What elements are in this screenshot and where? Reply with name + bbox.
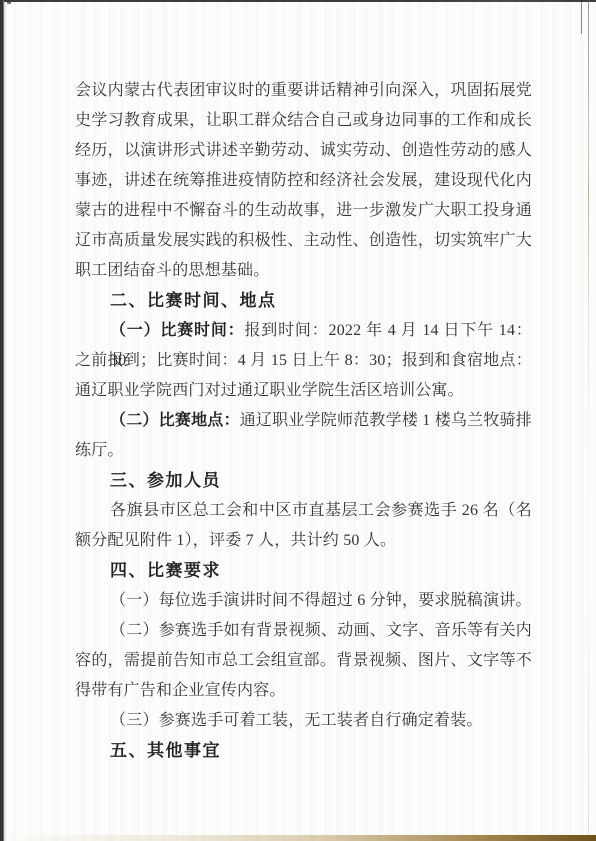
text-segment: 得带有广告和企业宣传内容。 (75, 682, 286, 699)
text-segment: 之前报到；比赛时间：4 月 15 日上午 8：30；报到和食宿地点： (75, 352, 532, 369)
text-line: （二）比赛地点：通辽职业学院师范教学楼 1 楼乌兰牧骑排 (75, 406, 532, 436)
text-line: 得带有广告和企业宣传内容。 (75, 676, 532, 706)
text-segment: 额分配见附件 1），评委 7 人，共计约 50 人。 (75, 532, 396, 549)
scan-speck (7, 1, 11, 4)
text-line: 事迹，讲述在统筹推进疫情防控和经济社会发展，建设现代化内 (75, 166, 532, 196)
text-line: 额分配见附件 1），评委 7 人，共计约 50 人。 (75, 526, 532, 556)
text-segment: 会议内蒙古代表团审议时的重要讲话精神引向深入，巩固拓展党 (75, 82, 532, 99)
section-heading: 三、参加人员 (75, 466, 532, 496)
section-heading: 五、其他事宜 (75, 736, 532, 766)
text-segment: 经历，以演讲形式讲述辛勤劳动、诚实劳动、创造性劳动的感人 (75, 142, 532, 159)
text-segment: 练厅。 (75, 442, 124, 459)
scan-edge-top (0, 0, 596, 2)
text-segment: 通辽职业学院西门对过通辽职业学院生活区培训公寓。 (75, 382, 464, 399)
text-segment: 辽市高质量发展实践的积极性、主动性、创造性，切实筑牢广大 (75, 232, 532, 249)
text-segment: 蒙古的进程中不懈奋斗的生动故事，进一步激发广大职工投身通 (75, 202, 532, 219)
text-segment: （二）参赛选手如有背景视频、动画、文字、音乐等有关内 (110, 622, 532, 639)
section-heading: 四、比赛要求 (75, 556, 532, 586)
text-line: 职工团结奋斗的思想基础。 (75, 256, 532, 286)
text-segment: （三）参赛选手可着工装，无工装者自行确定着装。 (110, 712, 483, 729)
document-page: 会议内蒙古代表团审议时的重要讲话精神引向深入，巩固拓展党史学习教育成果，让职工群… (0, 0, 596, 841)
text-line: 蒙古的进程中不懈奋斗的生动故事，进一步激发广大职工投身通 (75, 196, 532, 226)
text-line: 经历，以演讲形式讲述辛勤劳动、诚实劳动、创造性劳动的感人 (75, 136, 532, 166)
text-line: 之前报到；比赛时间：4 月 15 日上午 8：30；报到和食宿地点： (75, 346, 532, 376)
document-body: 会议内蒙古代表团审议时的重要讲话精神引向深入，巩固拓展党史学习教育成果，让职工群… (75, 76, 532, 766)
text-line: （三）参赛选手可着工装，无工装者自行确定着装。 (75, 706, 532, 736)
text-segment: 事迹，讲述在统筹推进疫情防控和经济社会发展，建设现代化内 (75, 172, 532, 189)
text-line: 史学习教育成果，让职工群众结合自己或身边同事的工作和成长 (75, 106, 532, 136)
text-line: （一）每位选手演讲时间不得超过 6 分钟，要求脱稿演讲。 (75, 586, 532, 616)
text-segment: （一）每位选手演讲时间不得超过 6 分钟，要求脱稿演讲。 (110, 592, 532, 609)
text-line: 辽市高质量发展实践的积极性、主动性、创造性，切实筑牢广大 (75, 226, 532, 256)
text-line: 会议内蒙古代表团审议时的重要讲话精神引向深入，巩固拓展党 (75, 76, 532, 106)
scan-fold-line (588, 0, 589, 841)
text-line: （二）参赛选手如有背景视频、动画、文字、音乐等有关内 (75, 616, 532, 646)
scan-edge-left (0, 0, 7, 841)
text-line: 练厅。 (75, 436, 532, 466)
section-heading: 二、比赛时间、地点 (75, 286, 532, 316)
text-segment: （一）比赛时间： (110, 322, 244, 339)
scan-fold-tick (581, 0, 582, 34)
text-segment: （二）比赛地点： (110, 412, 240, 429)
text-line: （一）比赛时间：报到时间：2022 年 4 月 14 日下午 14：30 (75, 316, 532, 346)
text-segment: 通辽职业学院师范教学楼 1 楼乌兰牧骑排 (240, 412, 532, 429)
text-line: 容的，需提前告知市总工会组宣部。背景视频、图片、文字等不 (75, 646, 532, 676)
text-line: 各旗县市区总工会和中区市直基层工会参赛选手 26 名（名 (75, 496, 532, 526)
text-segment: 职工团结奋斗的思想基础。 (75, 262, 269, 279)
text-line: 通辽职业学院西门对过通辽职业学院生活区培训公寓。 (75, 376, 532, 406)
text-segment: 容的，需提前告知市总工会组宣部。背景视频、图片、文字等不 (75, 652, 532, 669)
text-segment: 各旗县市区总工会和中区市直基层工会参赛选手 26 名（名 (110, 502, 532, 519)
scan-edge-bottom-gold (0, 835, 596, 841)
text-segment: 史学习教育成果，让职工群众结合自己或身边同事的工作和成长 (75, 112, 532, 129)
